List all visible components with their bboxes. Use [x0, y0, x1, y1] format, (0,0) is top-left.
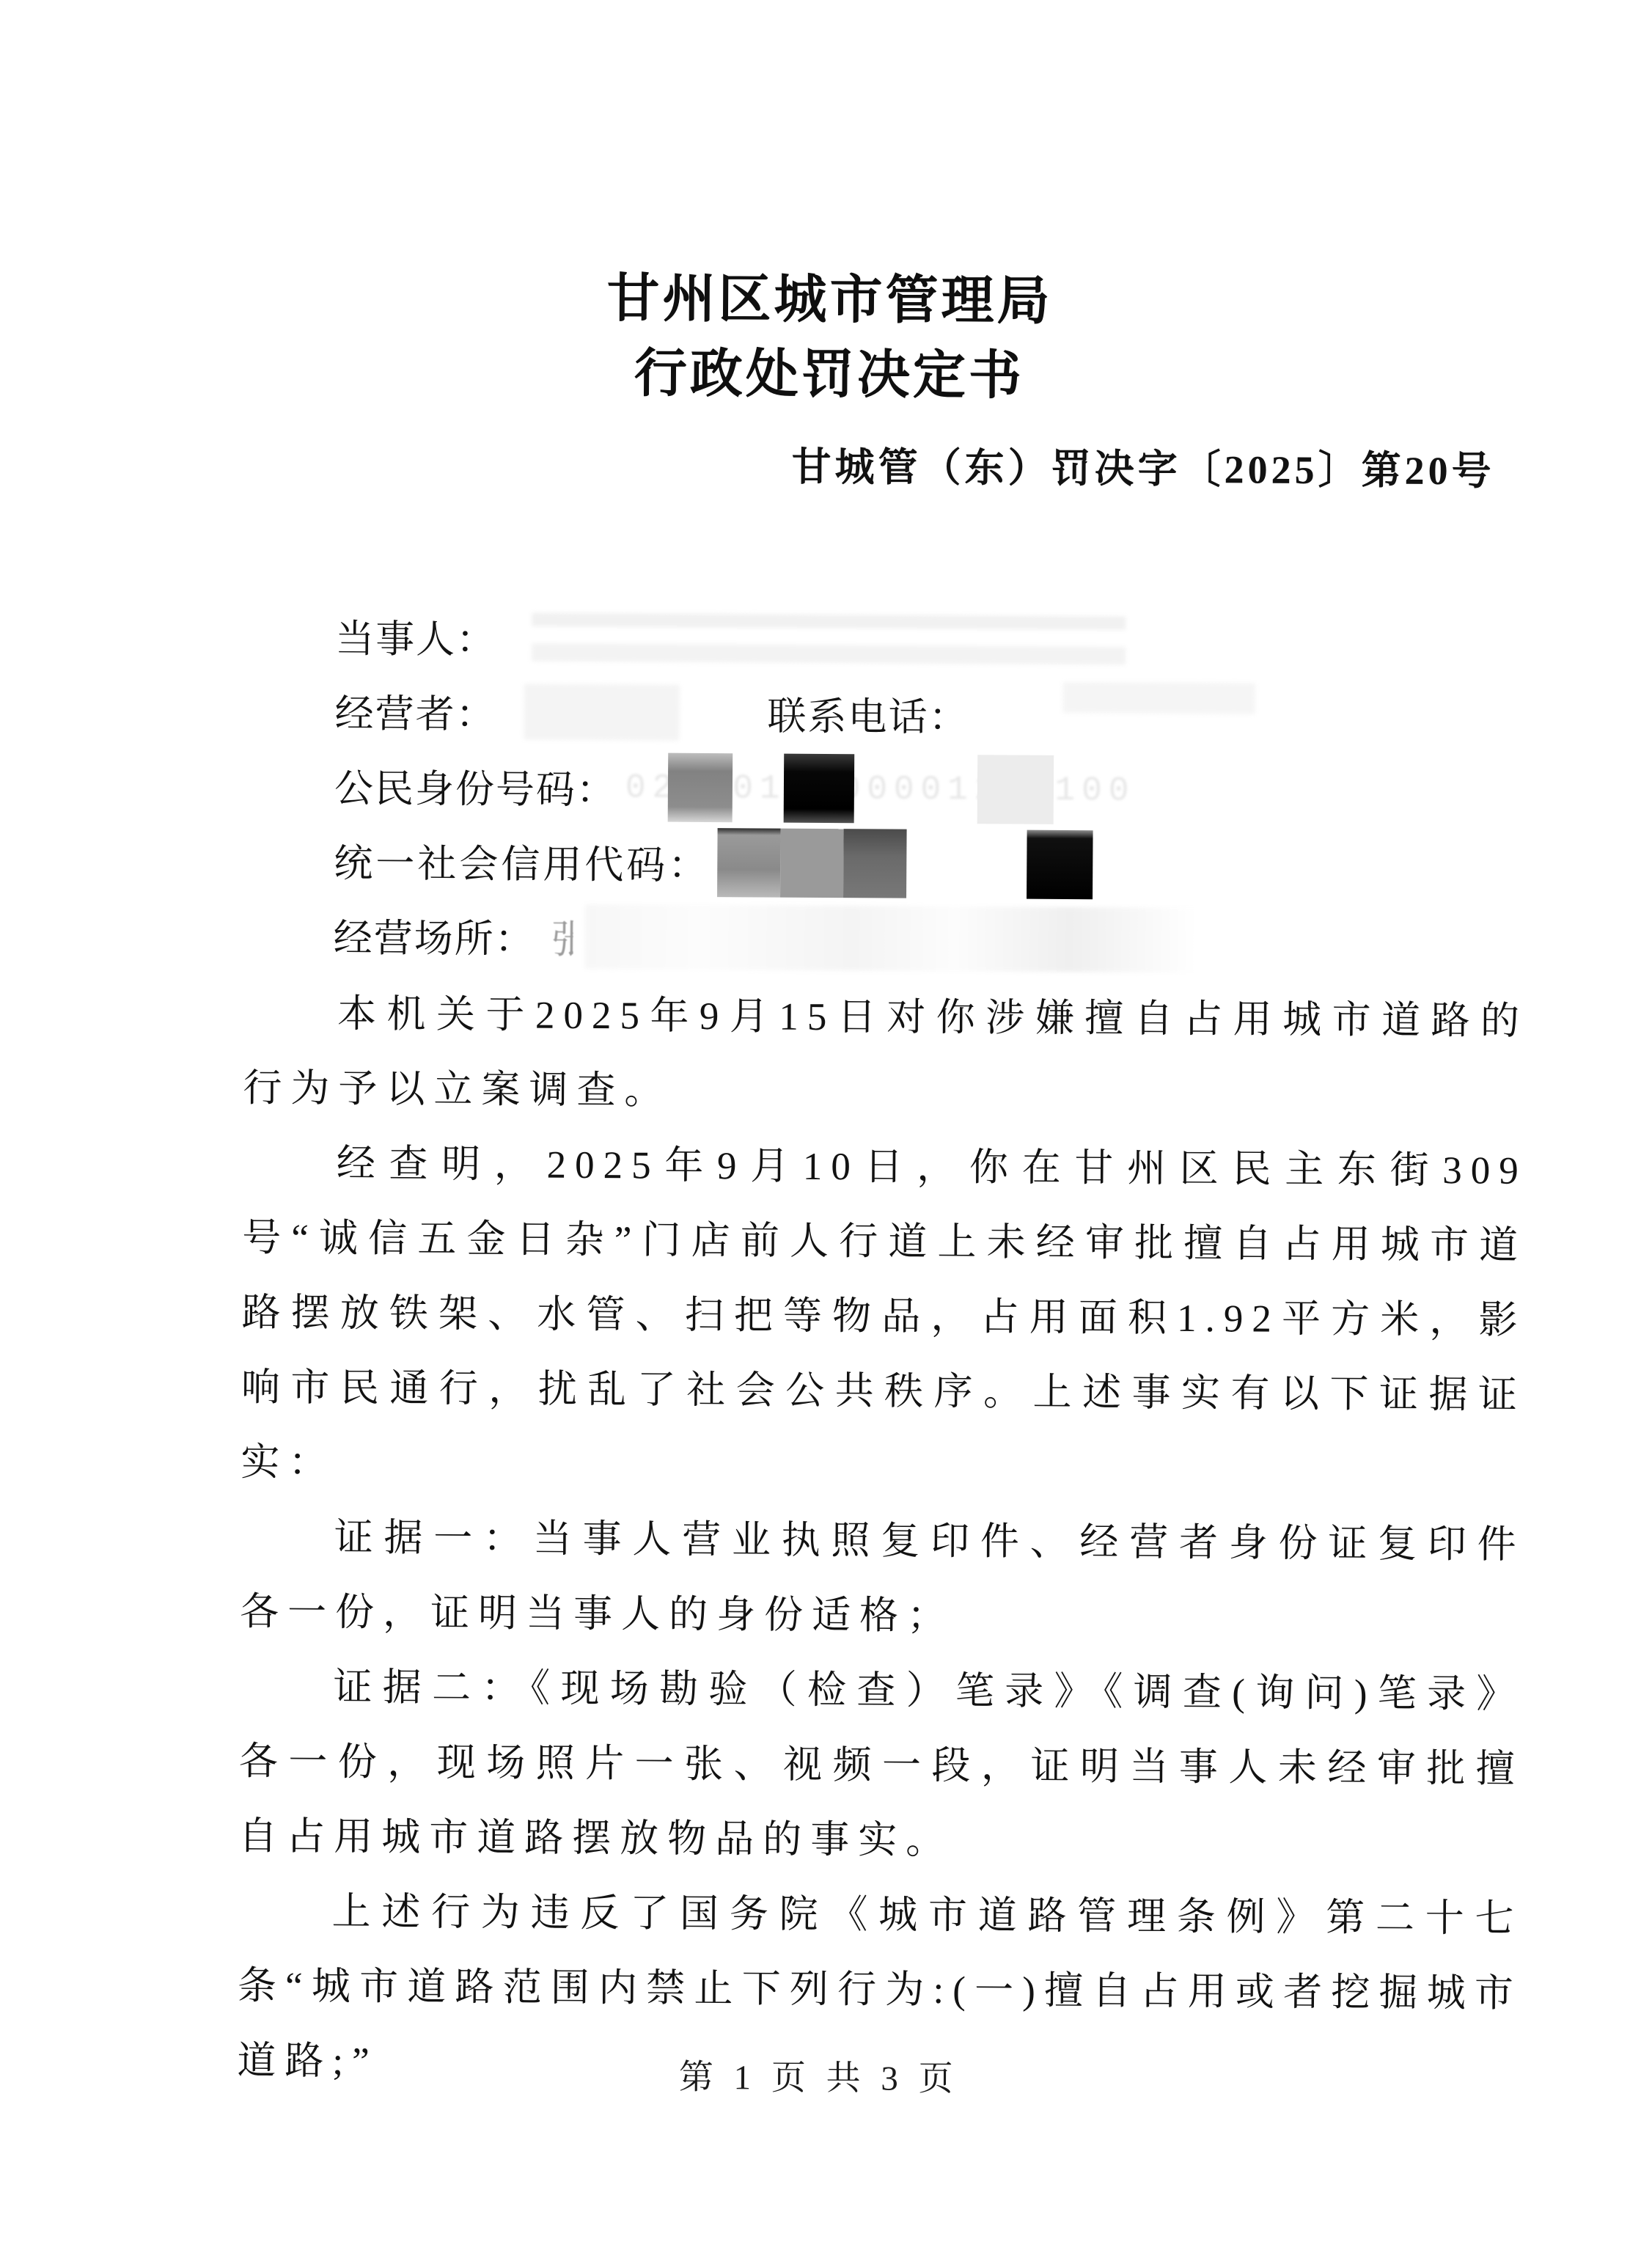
redaction-block-gray	[668, 753, 733, 823]
redaction-block-light	[977, 755, 1054, 824]
operator-value-redaction	[524, 684, 679, 740]
redaction-block-gray	[780, 829, 844, 898]
paragraph-case-filing: 本机关于2025年9月15日对你涉嫌擅自占用城市道路的行为予以立案调查。	[243, 976, 1528, 1134]
body-paragraphs: 本机关于2025年9月15日对你涉嫌擅自占用城市道路的行为予以立案调查。 经查明…	[0, 975, 1528, 2106]
party-info-fields: 当事人： 经营者： 联系电话： 公民身份号码： 0222011100001202…	[0, 596, 1652, 981]
field-row-premises: 经营场所： 张	[333, 898, 1652, 981]
title-line-agency: 甘州区城市管理局	[4, 257, 1652, 342]
redaction-block-black	[1027, 830, 1093, 900]
document-title: 甘州区城市管理局 行政处罚决定书	[3, 257, 1652, 417]
page-number-footer: 第 1 页 共 3 页	[0, 2045, 1645, 2105]
paragraph-evidence-2: 证据二：《现场勘验（检查）笔录》《调查(询问)笔录》各一份，现场照片一张、视频一…	[238, 1649, 1524, 1882]
field-row-party: 当事人：	[335, 598, 1652, 681]
credit-code-redaction-strip	[710, 828, 1652, 903]
paragraph-evidence-1: 证据一：当事人营业执照复印件、经营者身份证复印件各一份，证明当事人的身份适格；	[240, 1500, 1525, 1657]
document-number: 甘城管（东）罚决字〔2025〕第20号	[2, 438, 1652, 497]
redaction-block-gray-dark	[843, 829, 907, 898]
phone-value-redaction	[1063, 682, 1255, 714]
redaction-block-black	[784, 754, 855, 824]
title-line-doc-type: 行政处罚决定书	[3, 332, 1652, 417]
operator-label: 经营者：	[334, 683, 496, 739]
party-label: 当事人：	[335, 608, 496, 664]
premises-label: 经营场所：	[333, 907, 535, 964]
citizen-id-redaction-strip: 0222011100001202100	[617, 752, 1652, 828]
citizen-id-label: 公民身份号码：	[334, 758, 617, 815]
field-row-operator-phone: 经营者： 联系电话：	[334, 673, 1652, 756]
phone-label: 联系电话：	[767, 686, 969, 743]
party-value-redaction	[532, 613, 1126, 665]
field-row-citizen-id: 公民身份号码： 0222011100001202100	[334, 748, 1652, 831]
redaction-block-gray	[717, 828, 781, 898]
premises-value-redaction	[584, 904, 1223, 972]
paragraph-findings: 经查明，2025年9月10日，你在甘州区民主东街309号“诚信五金日杂”门店前人…	[241, 1126, 1527, 1508]
document-content: 甘州区城市管理局 行政处罚决定书 甘城管（东）罚决字〔2025〕第20号 当事人…	[0, 0, 1652, 2253]
scanned-document-page: 甘州区城市管理局 行政处罚决定书 甘城管（东）罚决字〔2025〕第20号 当事人…	[0, 0, 1652, 2253]
premises-partial-character: 张	[551, 909, 573, 964]
credit-code-label: 统一社会信用代码：	[334, 832, 710, 890]
field-row-credit-code: 统一社会信用代码：	[334, 823, 1652, 906]
